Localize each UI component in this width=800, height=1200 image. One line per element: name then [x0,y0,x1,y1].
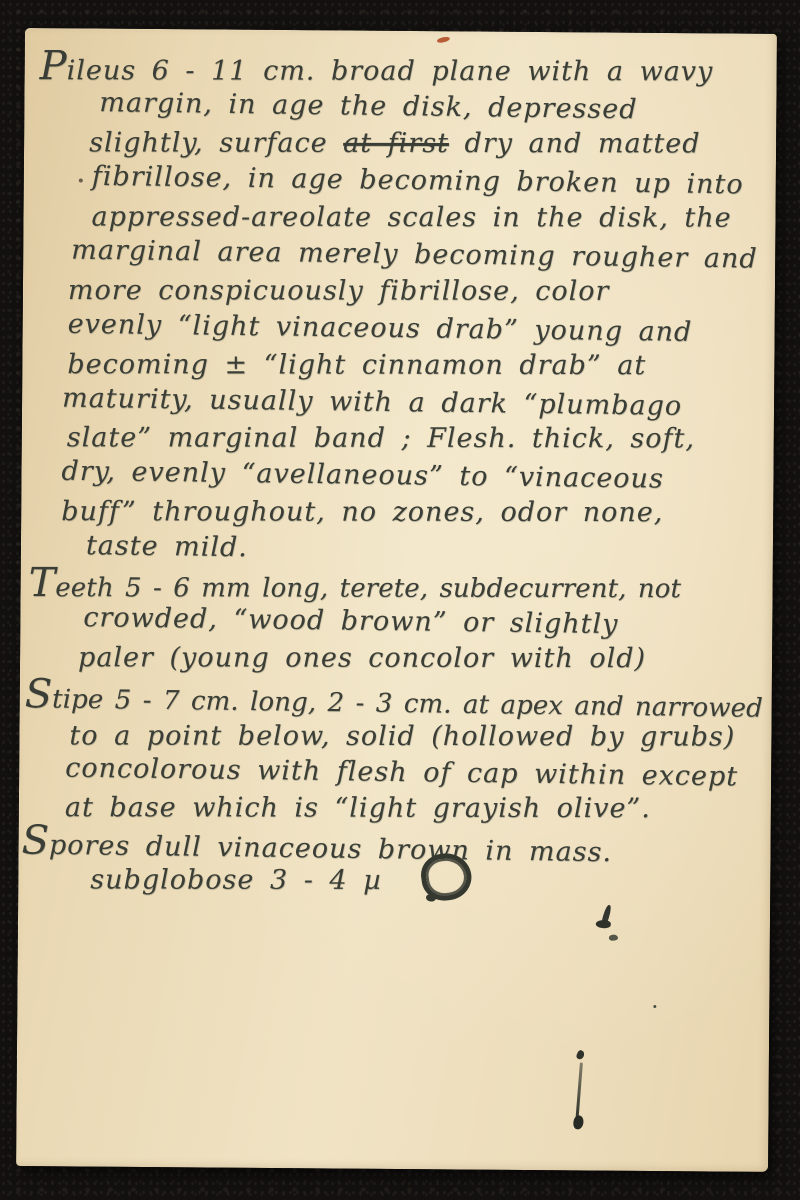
line-pileus-9: becoming ± “light cinnamon drab” at [67,349,646,382]
line-stipe-3: concolorous with flesh of cap within exc… [65,753,738,794]
line-pileus-10: maturity, usually with a dark “plumbago [62,383,682,423]
ink-drip-dot [573,1115,585,1130]
line-spores-2: subglobose 3 - 4 µ [90,864,381,897]
ink-drip-head [575,1049,585,1060]
line-pileus-2: margin, in age the disk, depressed [99,87,638,126]
struck-out-text: at first [343,128,449,159]
line-pileus-3-post: dry and matted [449,128,701,159]
ink-blot-small [609,934,619,941]
line-teeth-3: paler (young ones concolor with old) [78,642,646,675]
line-pileus-8: evenly “light vinaceous drab” young and [67,309,692,349]
line-pileus-7: more conspicuously fibrillose, color [68,275,610,308]
ink-blot [600,904,613,929]
ink-speck [653,1005,656,1008]
index-card: Pileus 6 - 11 cm. broad plane with a wav… [16,28,777,1172]
line-teeth-1: Teeth 5 - 6 mm long, terete, subdecurren… [29,567,682,605]
line-spores-1: Spores dull vinaceous brown in mass. [21,824,612,869]
red-pencil-mark [437,36,451,44]
line-pileus-5: appressed-areolate scales in the disk, t… [91,201,731,234]
line-pileus-13: buff” throughout, no zones, odor none, [61,496,663,529]
ink-drip-line [575,1062,582,1120]
line-pileus-1: Pileus 6 - 11 cm. broad plane with a wav… [40,50,714,88]
line-pileus-14: taste mild. [86,530,248,564]
line-pileus-3: slightly, surface at first dry and matte… [89,127,701,160]
line-pileus-4: fibrillose, in age becoming broken up in… [92,161,744,202]
paper-speck [79,178,83,182]
line-stipe-2: to a point below, solid (hollowed by gru… [69,720,735,753]
line-pileus-11: slate” marginal band ; Flesh. thick, sof… [67,422,695,455]
line-pileus-6: marginal area merely becoming rougher an… [71,235,758,276]
line-stipe-1: Stipe 5 - 7 cm. long, 2 - 3 cm. at apex … [25,678,764,725]
line-pileus-3-pre: slightly, surface [89,127,343,158]
line-stipe-4: at base which is “light grayish olive”. [65,792,651,825]
line-pileus-12: dry, evenly “avellaneous” to “vinaceous [61,456,664,496]
line-teeth-2: crowded, “wood brown” or slightly [83,602,618,641]
